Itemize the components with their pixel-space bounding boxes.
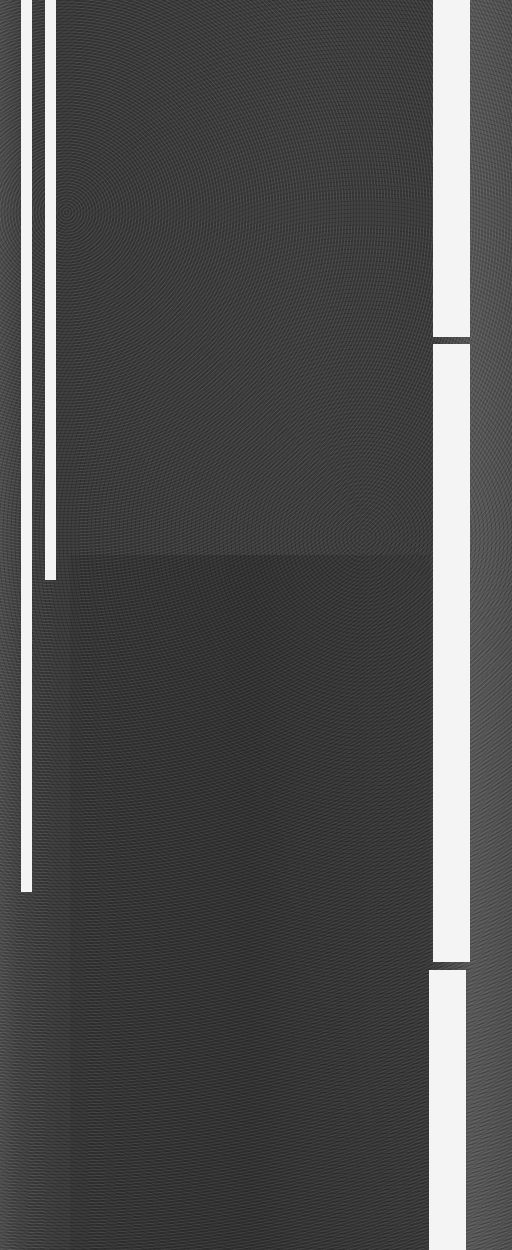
right-line-segment-3 [429, 970, 466, 1250]
left-inner-line [45, 0, 56, 580]
right-line-segment-2 [433, 344, 470, 962]
left-solid-line [21, 0, 32, 892]
asphalt-patch [70, 555, 430, 1250]
road-surface-image: Overhead view of dark asphalt road surfa… [0, 0, 512, 1250]
right-line-segment-1 [433, 0, 470, 337]
